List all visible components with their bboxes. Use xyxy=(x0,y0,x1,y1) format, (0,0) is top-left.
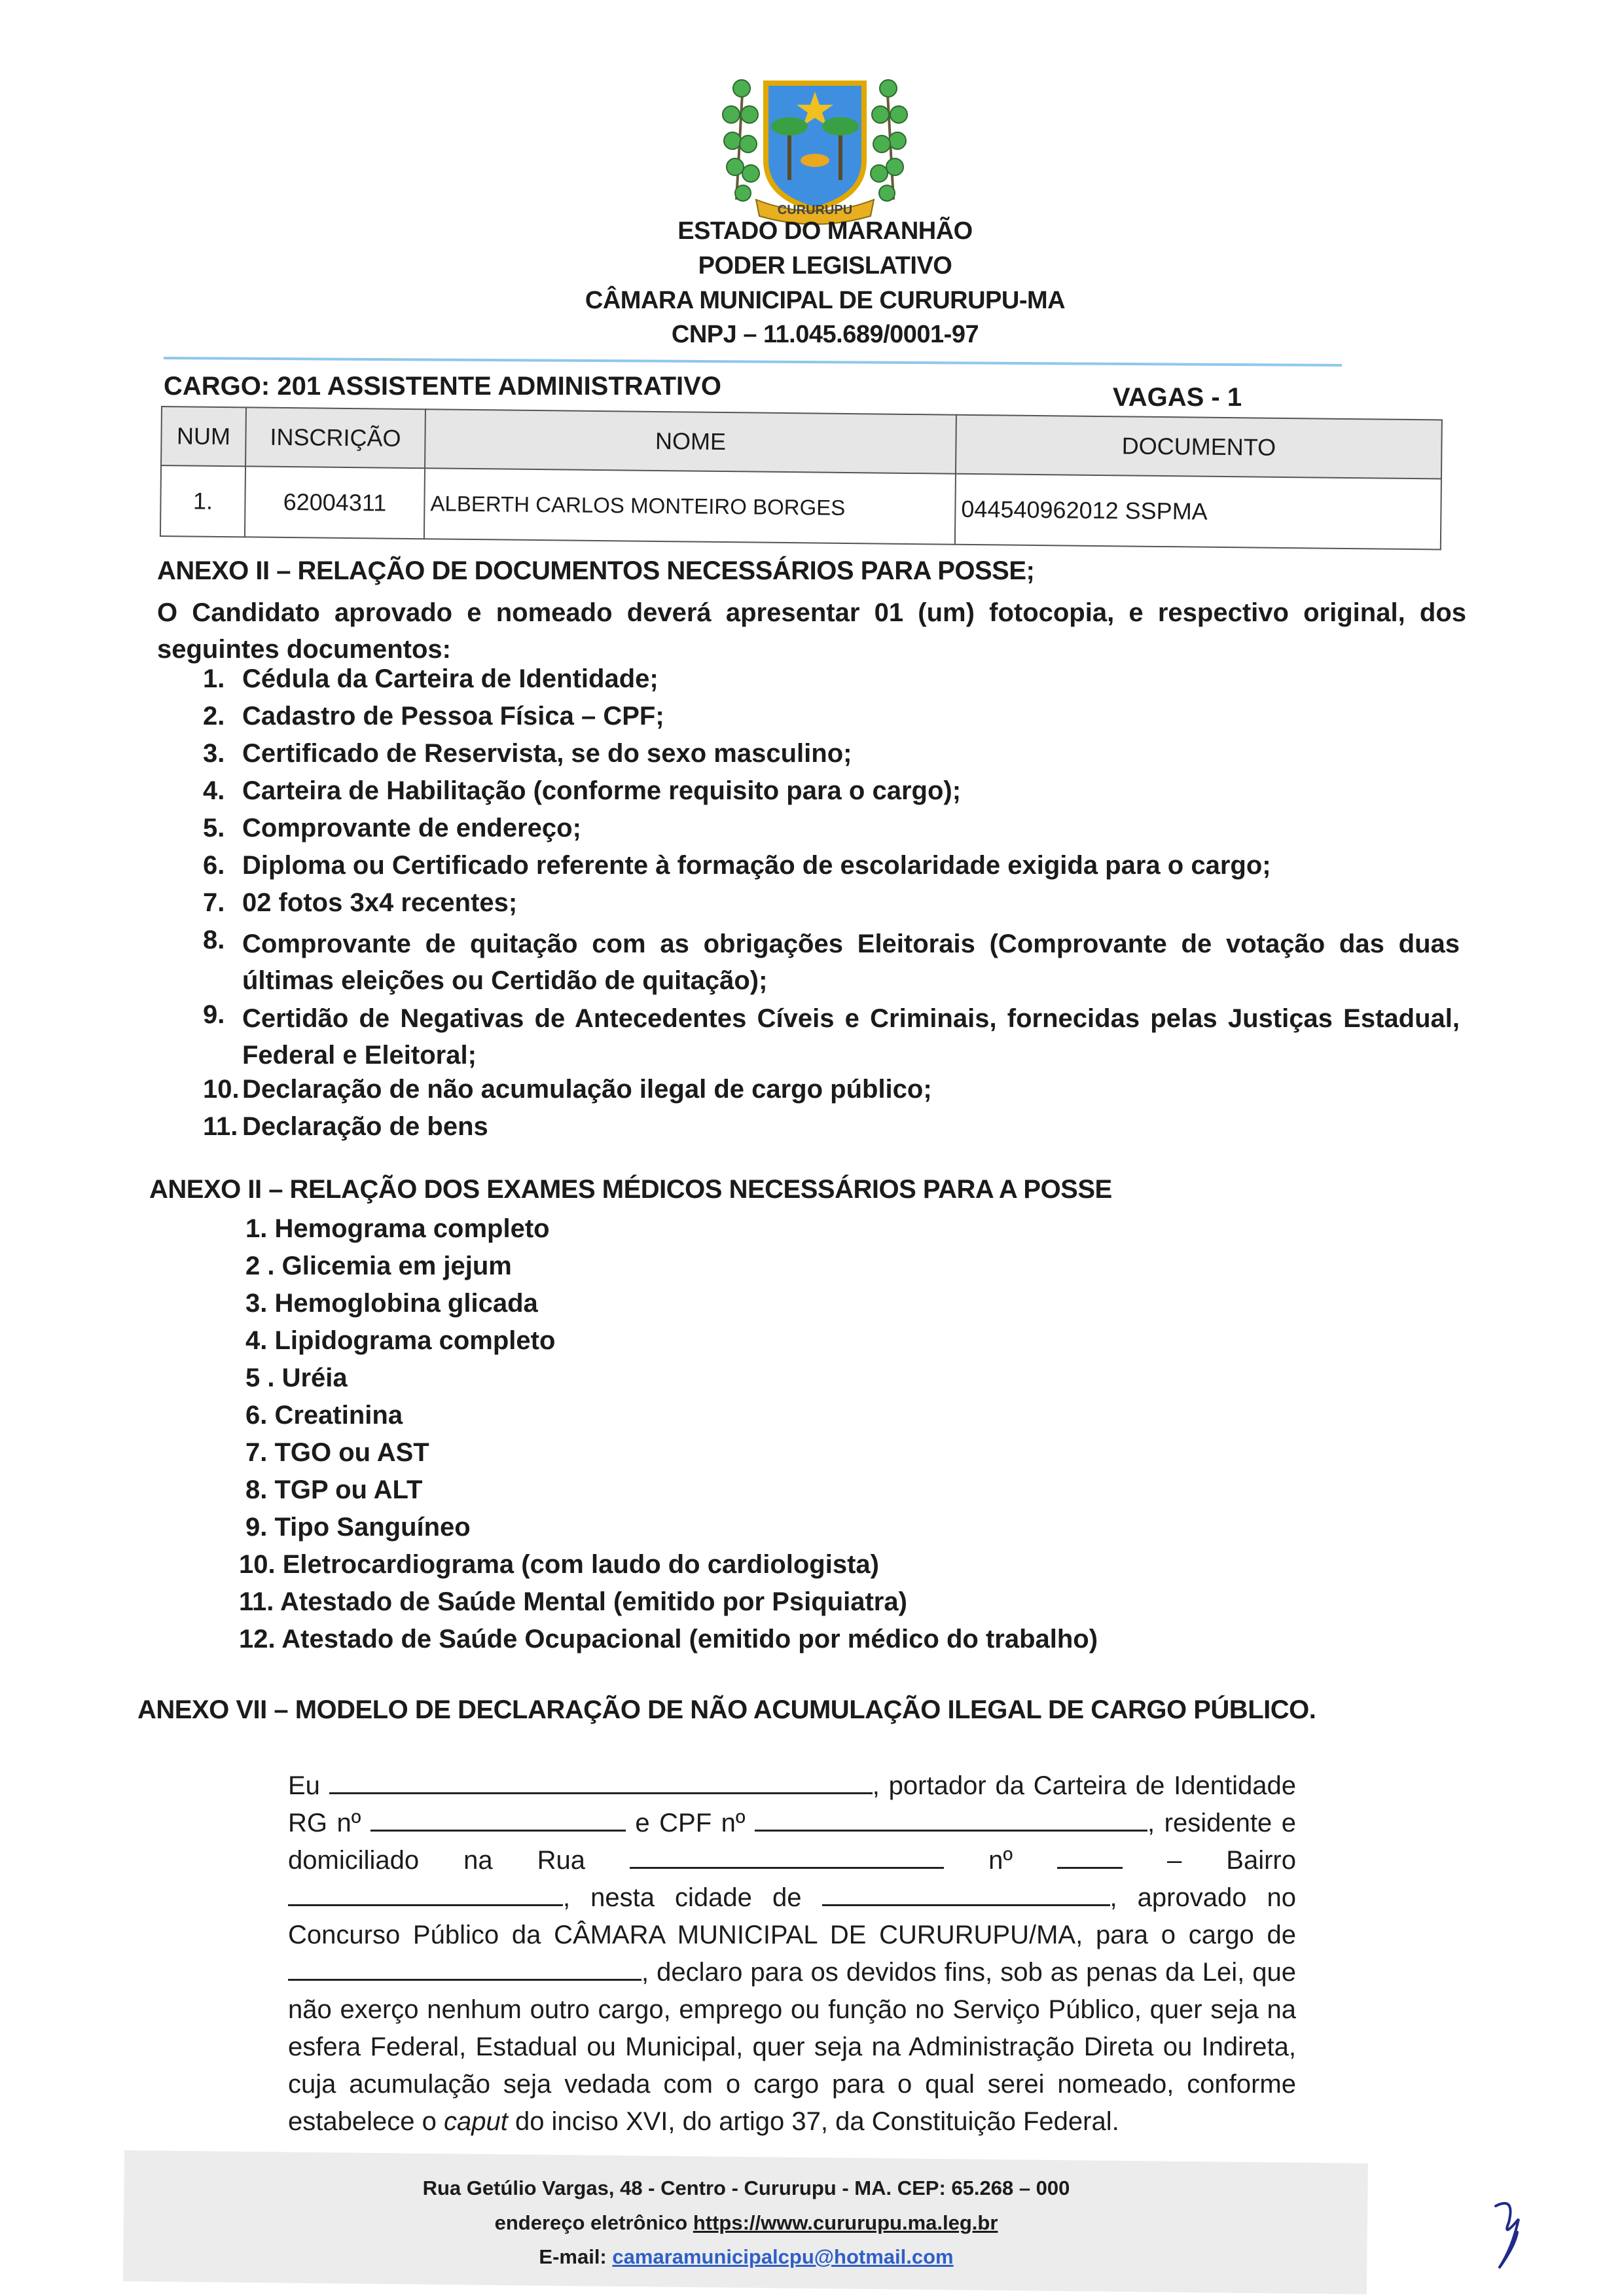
item-text: Declaração de não acumulação ilegal de c… xyxy=(242,1075,932,1104)
item-number: 8. xyxy=(203,926,242,955)
decl-text: Eu xyxy=(288,1771,320,1800)
item-number: 7. xyxy=(203,888,242,918)
decl-text: , nesta cidade de xyxy=(563,1883,801,1912)
document-list-item: 6.Diploma ou Certificado referente à for… xyxy=(203,851,1466,888)
item-text: Cédula da Carteira de Identidade; xyxy=(242,664,659,694)
col-num: NUM xyxy=(161,407,246,466)
declaration-template: Eu , portador da Carteira de Identidade … xyxy=(288,1767,1296,2141)
cell-num: 1. xyxy=(160,465,245,537)
cpf-blank-field[interactable] xyxy=(755,1810,1147,1832)
header-divider xyxy=(164,357,1342,367)
candidate-table: NUM INSCRIÇÃO NOME DOCUMENTO 1. 62004311… xyxy=(160,406,1443,550)
item-text: Comprovante de quitação com as obrigaçõe… xyxy=(242,926,1460,999)
exam-list-item: 1. Hemograma completo xyxy=(245,1214,1098,1252)
coat-of-arms-icon: CURURUPU xyxy=(717,69,913,226)
exams-section-title: ANEXO II – RELAÇÃO DOS EXAMES MÉDICOS NE… xyxy=(149,1175,1112,1204)
item-number: 10. xyxy=(203,1075,242,1104)
item-number: 5. xyxy=(203,814,242,843)
name-blank-field[interactable] xyxy=(329,1773,873,1794)
col-documento: DOCUMENTO xyxy=(956,415,1442,479)
document-page: CURURUPU ESTADO DO MARANHÃO PODER LEGISL… xyxy=(0,0,1624,2295)
item-number: 1. xyxy=(203,664,242,694)
decl-text: do inciso XVI, do artigo 37, da Constitu… xyxy=(515,2107,1119,2136)
documents-section-title: ANEXO II – RELAÇÃO DE DOCUMENTOS NECESSÁ… xyxy=(157,556,1034,586)
footer-address: Rua Getúlio Vargas, 48 - Centro - Cururu… xyxy=(124,2177,1368,2200)
declaration-section-title: ANEXO VII – MODELO DE DECLARAÇÃO DE NÃO … xyxy=(137,1695,1316,1725)
document-list-item: 4.Carteira de Habilitação (conforme requ… xyxy=(203,776,1466,814)
number-blank-field[interactable] xyxy=(1057,1847,1123,1869)
city-blank-field[interactable] xyxy=(822,1885,1110,1906)
documents-list: 1.Cédula da Carteira de Identidade;2.Cad… xyxy=(203,664,1466,1149)
document-list-item: 11.Declaração de bens xyxy=(203,1112,1466,1149)
svg-text:CURURUPU: CURURUPU xyxy=(778,203,852,217)
exam-list-item: 7. TGO ou AST xyxy=(245,1438,1098,1475)
item-text: Declaração de bens xyxy=(242,1112,488,1142)
signature-mark-icon xyxy=(1486,2193,1525,2271)
exam-list-item: 4. Lipidograma completo xyxy=(245,1326,1098,1364)
exam-list-item: 3. Hemoglobina glicada xyxy=(245,1289,1098,1326)
decl-text: nº xyxy=(988,1846,1013,1875)
document-list-item: 10.Declaração de não acumulação ilegal d… xyxy=(203,1075,1466,1112)
item-text: Certidão de Negativas de Antecedentes Cí… xyxy=(242,1000,1460,1074)
footer-email: E-mail: camaramunicipalcpu@hotmail.com xyxy=(124,2245,1368,2269)
item-text: 02 fotos 3x4 recentes; xyxy=(242,888,517,918)
rg-blank-field[interactable] xyxy=(370,1810,626,1832)
exam-list-item: 8. TGP ou ALT xyxy=(245,1475,1098,1513)
website-link[interactable]: https://www.cururupu.ma.leg.br xyxy=(693,2211,998,2234)
header-chamber: CÂMARA MUNICIPAL DE CURURUPU-MA xyxy=(13,287,1624,315)
item-text: Diploma ou Certificado referente à forma… xyxy=(242,851,1271,880)
exam-list-item: 5 . Uréia xyxy=(245,1364,1098,1401)
document-list-item: 7.02 fotos 3x4 recentes; xyxy=(203,888,1466,926)
exam-list-item: 6. Creatinina xyxy=(245,1401,1098,1438)
item-number: 11. xyxy=(203,1112,242,1142)
documents-intro: O Candidato aprovado e nomeado deverá ap… xyxy=(157,594,1466,668)
email-link[interactable]: camaramunicipalcpu@hotmail.com xyxy=(612,2245,953,2268)
cell-documento: 044540962012 SSPMA xyxy=(955,474,1441,550)
exam-list-item: 11. Atestado de Saúde Mental (emitido po… xyxy=(239,1587,1098,1625)
cargo-title: CARGO: 201 ASSISTENTE ADMINISTRATIVO xyxy=(164,372,721,401)
header-cnpj: CNPJ – 11.045.689/0001-97 xyxy=(13,321,1624,349)
vagas-count: VAGAS - 1 xyxy=(1113,383,1242,412)
position-blank-field[interactable] xyxy=(288,1959,641,1981)
exam-list-item: 12. Atestado de Saúde Ocupacional (emiti… xyxy=(239,1625,1098,1662)
table-row: 1. 62004311 ALBERTH CARLOS MONTEIRO BORG… xyxy=(160,465,1441,549)
exam-list-item: 2 . Glicemia em jejum xyxy=(245,1252,1098,1289)
document-list-item: 2.Cadastro de Pessoa Física – CPF; xyxy=(203,702,1466,739)
item-number: 4. xyxy=(203,776,242,806)
item-text: Cadastro de Pessoa Física – CPF; xyxy=(242,702,664,731)
item-text: Certificado de Reservista, se do sexo ma… xyxy=(242,739,852,768)
cell-nome: ALBERTH CARLOS MONTEIRO BORGES xyxy=(424,468,956,544)
item-text: Carteira de Habilitação (conforme requis… xyxy=(242,776,961,806)
footer-website: endereço eletrônico https://www.cururupu… xyxy=(124,2211,1368,2235)
document-list-item: 5.Comprovante de endereço; xyxy=(203,814,1466,851)
document-list-item: 1.Cédula da Carteira de Identidade; xyxy=(203,664,1466,702)
exam-list-item: 9. Tipo Sanguíneo xyxy=(245,1513,1098,1550)
header-state: ESTADO DO MARANHÃO xyxy=(13,217,1624,245)
document-list-item: 9.Certidão de Negativas de Antecedentes … xyxy=(203,1000,1466,1075)
decl-text: – Bairro xyxy=(1167,1846,1296,1875)
decl-caput: caput xyxy=(444,2107,508,2136)
email-label: E-mail: xyxy=(539,2245,606,2268)
item-number: 9. xyxy=(203,1000,242,1030)
item-text: Comprovante de endereço; xyxy=(242,814,581,843)
item-number: 2. xyxy=(203,702,242,731)
exams-list: 1. Hemograma completo2 . Glicemia em jej… xyxy=(245,1214,1098,1662)
website-label: endereço eletrônico xyxy=(495,2211,688,2234)
item-number: 6. xyxy=(203,851,242,880)
street-blank-field[interactable] xyxy=(630,1847,944,1869)
exam-list-item: 10. Eletrocardiograma (com laudo do card… xyxy=(239,1550,1098,1587)
item-number: 3. xyxy=(203,739,242,768)
cell-inscricao: 62004311 xyxy=(245,466,425,539)
document-list-item: 3.Certificado de Reservista, se do sexo … xyxy=(203,739,1466,776)
col-inscricao: INSCRIÇÃO xyxy=(245,407,425,468)
decl-text: e CPF nº xyxy=(635,1809,745,1837)
document-list-item: 8.Comprovante de quitação com as obrigaç… xyxy=(203,926,1466,1000)
col-nome: NOME xyxy=(425,409,956,473)
neighborhood-blank-field[interactable] xyxy=(288,1885,563,1906)
header-power: PODER LEGISLATIVO xyxy=(13,252,1624,280)
